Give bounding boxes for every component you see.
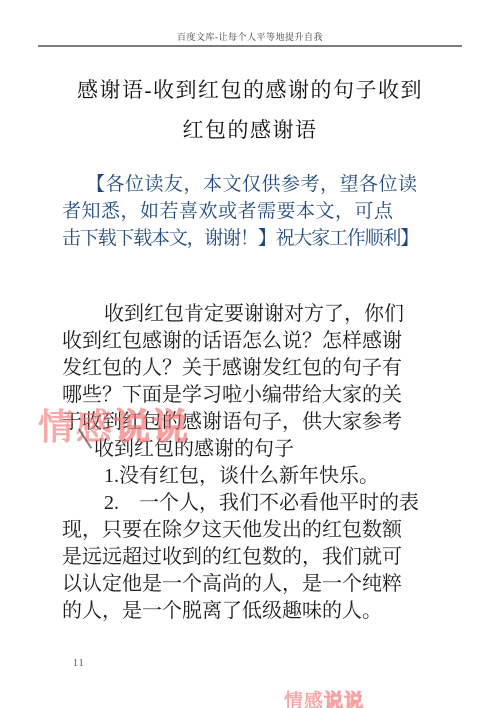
body-line: 的人，是一个脱离了低级趣味的人。 xyxy=(62,598,452,625)
body-text: 收到红包肯定要谢谢对方了，你们 收到红包感谢的话语怎么说？怎样感谢 发红包的人？… xyxy=(62,301,452,625)
page-number: 11 xyxy=(73,658,85,669)
watermark-qingganshuoshuo-bottom: 情感说说 xyxy=(284,686,364,708)
body-line: 现，只要在除夕这天他发出的红包数额 xyxy=(62,517,452,544)
document-page: 百度文库-让每个人平等地提升自我 感谢语-收到红包的感谢的句子收到 红包的感谢语… xyxy=(0,0,500,708)
watermark-outline-text: 说说 xyxy=(324,690,364,708)
body-line: 以认定他是一个高尚的人，是一个纯粹 xyxy=(62,571,452,598)
body-line: 哪些？下面是学习啦小编带给大家的关 xyxy=(62,382,452,409)
header-divider xyxy=(38,45,462,47)
body-line: 1.没有红包，谈什么新年快乐。 xyxy=(62,463,452,490)
body-line: 收到红包肯定要谢谢对方了，你们 xyxy=(62,301,452,328)
body-line: 于收到红包的感谢语句子，供大家参考 xyxy=(62,409,452,436)
notice-line: 击下载下载本文，谢谢！】祝大家工作顺利】 xyxy=(62,225,447,252)
reader-notice: 【各位读友，本文仅供参考，望各位读 者知悉，如若喜欢或者需要本文，可点 击下载下… xyxy=(62,171,447,252)
body-line: 发红包的人？关于感谢发红包的句子有 xyxy=(62,355,452,382)
body-line: 收到红包的感谢的句子 xyxy=(62,436,452,463)
notice-line: 【各位读友，本文仅供参考，望各位读 xyxy=(62,171,447,198)
notice-line: 者知悉，如若喜欢或者需要本文，可点 xyxy=(62,198,447,225)
document-title-line1: 感谢语-收到红包的感谢的句子收到 xyxy=(0,74,500,104)
document-title-line2: 红包的感谢语 xyxy=(0,114,500,144)
watermark-solid-text: 情感 xyxy=(284,690,324,708)
site-tagline: 百度文库-让每个人平等地提升自我 xyxy=(0,30,500,43)
body-line: 2. 一个人，我们不必看他平时的表 xyxy=(62,490,452,517)
body-line: 是远远超过收到的红包数的，我们就可 xyxy=(62,544,452,571)
body-line: 收到红包感谢的话语怎么说？怎样感谢 xyxy=(62,328,452,355)
